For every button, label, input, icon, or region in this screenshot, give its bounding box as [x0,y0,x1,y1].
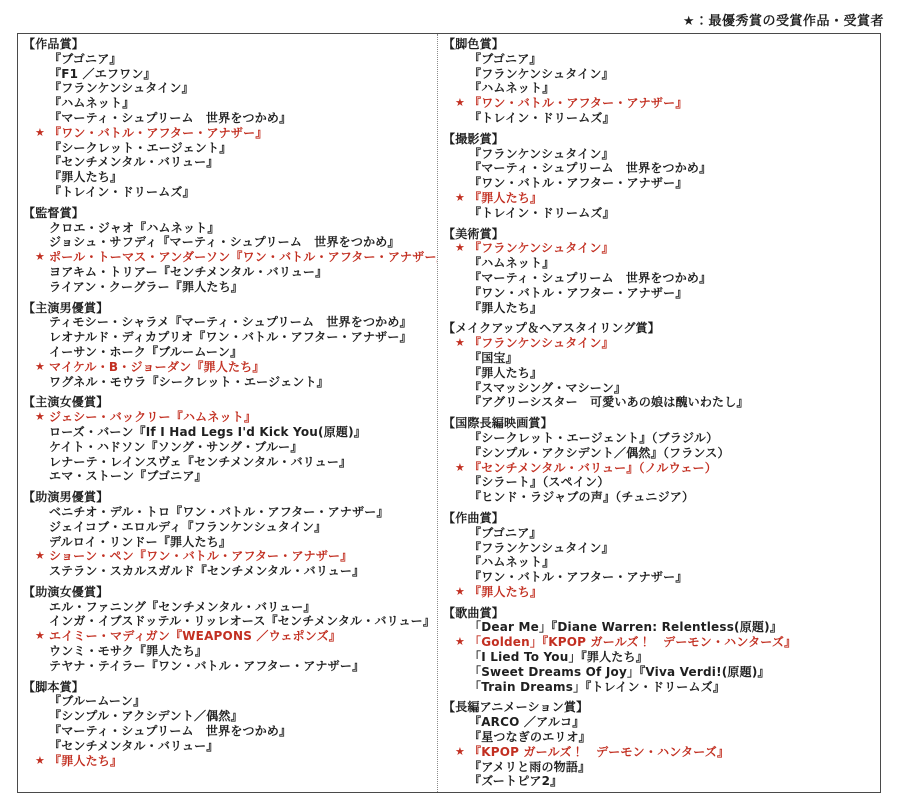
nominee-entry-text: レオナルド・ディカプリオ『ワン・バトル・アフター・アナザー』 [49,330,412,344]
nominee-entry-text: ジェイコブ・エロルディ『フランケンシュタイン』 [49,520,326,534]
nominee-entry-text: 「Train Dreams」『トレイン・ドリームズ』 [469,680,725,694]
nominee-entry: 『罪人たち』 [23,170,437,185]
nominee-entry-text: 『ヒンド・ラジャブの声』（チュニジア） [469,490,694,504]
award-category-title: 【助演女優賞】 [23,585,437,600]
nominee-entry: ベニチオ・デル・トロ『ワン・バトル・アフター・アナザー』 [23,505,437,520]
winner-star-icon: ★ [35,754,45,769]
award-section: 【メイクアップ＆ヘアスタイリング賞】★『フランケンシュタイン』『国宝』『罪人たち… [443,321,880,410]
award-category-title: 【作品賞】 [23,37,437,52]
award-section: 【長編アニメーション賞】『ARCO ／アルコ』『星つなぎのエリオ』★『KPOP … [443,700,880,789]
nominee-entry: 『シークレット・エージェント』（ブラジル） [443,431,880,446]
nominee-entry: テヤナ・テイラー『ワン・バトル・アフター・アナザー』 [23,659,437,674]
nominee-entry-text: 『ブゴニア』 [469,52,542,66]
nominee-entry-text: 『国宝』 [469,351,518,365]
award-category-title: 【作曲賞】 [443,511,880,526]
nominee-entry-text: 『ブルームーン』 [49,694,145,708]
nominee-entry-text: エマ・ストーン『ブゴニア』 [49,469,207,483]
award-section: 【助演女優賞】エル・ファニング『センチメンタル・バリュー』インガ・イブスドッテル… [23,585,437,674]
nominee-entry: 『シンプル・アクシデント／偶然』（フランス） [443,446,880,461]
nominee-entry: 『マーティ・シュプリーム 世界をつかめ』 [23,724,437,739]
nominee-entry-text: ワグネル・モウラ『シークレット・エージェント』 [49,375,329,389]
nominee-entry: 『フランケンシュタイン』 [443,541,880,556]
nominee-entry-text: 『罪人たち』 [469,366,542,380]
nominee-entry: 『センチメンタル・バリュー』 [23,739,437,754]
nominee-entry: 『トレイン・ドリームズ』 [443,206,880,221]
nominee-entry: 『ブゴニア』 [23,52,437,67]
nominee-entry-text: 『アグリーシスター 可愛いあの娘は醜いわたし』 [469,395,749,409]
award-section: 【撮影賞】『フランケンシュタイン』『マーティ・シュプリーム 世界をつかめ』『ワン… [443,132,880,221]
nominee-entry-text: エル・ファニング『センチメンタル・バリュー』 [49,600,316,614]
nominee-entry: 『罪人たち』 [443,366,880,381]
award-section: 【歌曲賞】「Dear Me」『Diane Warren: Relentless(… [443,606,880,695]
nominee-entry-text: ティモシー・シャラメ『マーティ・シュプリーム 世界をつかめ』 [49,315,412,329]
award-section: 【主演男優賞】ティモシー・シャラメ『マーティ・シュプリーム 世界をつかめ』レオナ… [23,301,437,390]
nominee-entry: 『ハムネット』 [443,555,880,570]
nominee-entry: 「I Lied To You」『罪人たち』 [443,650,880,665]
nominee-entry-text: 『マーティ・シュプリーム 世界をつかめ』 [49,724,291,738]
nominee-entry-text: ジェシー・バックリー『ハムネット』 [49,410,256,424]
nominee-entry: 『国宝』 [443,351,880,366]
nominee-entry-text: 『ワン・バトル・アフター・アナザー』 [469,570,688,584]
nominee-entry: ヨアキム・トリアー『センチメンタル・バリュー』 [23,265,437,280]
award-category-title: 【脚色賞】 [443,37,880,52]
nominee-entry: インガ・イブスドッテル・リッレオース『センチメンタル・バリュー』 [23,614,437,629]
award-section: 【脚本賞】『ブルームーン』『シンプル・アクシデント／偶然』『マーティ・シュプリー… [23,680,437,769]
nominee-entry: 『アグリーシスター 可愛いあの娘は醜いわたし』 [443,395,880,410]
nominee-entry-text: 『シラート』（スペイン） [469,475,609,489]
nominee-entry: ケイト・ハドソン『ソング・サング・ブルー』 [23,440,437,455]
nominee-entry: 『ワン・バトル・アフター・アナザー』 [443,570,880,585]
award-section: 【脚色賞】『ブゴニア』『フランケンシュタイン』『ハムネット』★『ワン・バトル・ア… [443,37,880,126]
nominee-entry: 『トレイン・ドリームズ』 [23,185,437,200]
winner-star-icon: ★ [455,635,465,650]
award-category-title: 【国際長編映画賞】 [443,416,880,431]
award-category-title: 【監督賞】 [23,206,437,221]
winner-star-icon: ★ [455,241,465,256]
nominee-entry-text: 『ワン・バトル・アフター・アナザー』 [469,286,688,300]
winner-star-icon: ★ [35,126,45,141]
award-category-title: 【主演女優賞】 [23,395,437,410]
nominee-entry-text: 『ワン・バトル・アフター・アナザー』 [49,126,268,140]
awards-column-left: 【作品賞】『ブゴニア』『F1 ／エフワン』『フランケンシュタイン』『ハムネット』… [18,34,437,792]
nominee-entry: 『罪人たち』 [443,301,880,316]
nominee-entry: 『ハムネット』 [443,256,880,271]
award-category-title: 【メイクアップ＆ヘアスタイリング賞】 [443,321,880,336]
nominee-entry-winner: ★マイケル・B・ジョーダン『罪人たち』 [23,360,437,375]
nominee-entry: エル・ファニング『センチメンタル・バリュー』 [23,600,437,615]
nominee-entry-winner: ★ショーン・ペン『ワン・バトル・アフター・アナザー』 [23,549,437,564]
nominee-entry: ウンミ・モサク『罪人たち』 [23,644,437,659]
nominee-entry-text: 「Golden」『KPOP ガールズ！ デーモン・ハンターズ』 [469,635,796,649]
nominee-entry: 『星つなぎのエリオ』 [443,730,880,745]
nominee-entry: 「Train Dreams」『トレイン・ドリームズ』 [443,680,880,695]
nominee-entry: イーサン・ホーク『ブルームーン』 [23,345,437,360]
awards-page: ★：最優秀賞の受賞作品・受賞者 【作品賞】『ブゴニア』『F1 ／エフワン』『フラ… [0,0,900,809]
nominee-entry-winner: ★『KPOP ガールズ！ デーモン・ハンターズ』 [443,745,880,760]
nominee-entry: 『マーティ・シュプリーム 世界をつかめ』 [443,271,880,286]
nominee-entry-text: ジョシュ・サフディ『マーティ・シュプリーム 世界をつかめ』 [49,235,400,249]
nominee-entry-text: 『フランケンシュタイン』 [469,336,614,350]
nominee-entry-text: ポール・トーマス・アンダーソン『ワン・バトル・アフター・アナザー』 [49,250,437,264]
nominee-entry-text: 『フランケンシュタイン』 [49,81,194,95]
nominee-entry-text: ヨアキム・トリアー『センチメンタル・バリュー』 [49,265,327,279]
award-category-title: 【主演男優賞】 [23,301,437,316]
nominee-entry-text: マイケル・B・ジョーダン『罪人たち』 [49,360,265,374]
nominee-entry-text: ベニチオ・デル・トロ『ワン・バトル・アフター・アナザー』 [49,505,389,519]
nominee-entry: 『センチメンタル・バリュー』 [23,155,437,170]
nominee-entry-text: 「I Lied To You」『罪人たち』 [469,650,648,664]
nominee-entry: ローズ・バーン『If I Had Legs I'd Kick You(原題)』 [23,425,437,440]
award-section: 【助演男優賞】ベニチオ・デル・トロ『ワン・バトル・アフター・アナザー』ジェイコブ… [23,490,437,579]
nominee-entry-text: 『ハムネット』 [469,555,554,569]
award-category-title: 【長編アニメーション賞】 [443,700,880,715]
winner-star-icon: ★ [455,745,465,760]
nominee-entry-text: 『シークレット・エージェント』 [49,141,231,155]
nominee-entry: 『マーティ・シュプリーム 世界をつかめ』 [23,111,437,126]
nominee-entry: 『シンプル・アクシデント／偶然』 [23,709,437,724]
nominee-entry-text: ライアン・クーグラー『罪人たち』 [49,280,243,294]
nominee-entry: 『ブルームーン』 [23,694,437,709]
nominee-entry: 『ズートピア2』 [443,774,880,789]
nominee-entry: レナーテ・レインスヴェ『センチメンタル・バリュー』 [23,455,437,470]
award-category-title: 【助演男優賞】 [23,490,437,505]
nominee-entry-text: 『マーティ・シュプリーム 世界をつかめ』 [49,111,291,125]
nominee-entry-text: 『フランケンシュタイン』 [469,67,614,81]
nominee-entry-text: 『罪人たち』 [469,585,542,599]
nominee-entry-text: デルロイ・リンドー『罪人たち』 [49,535,231,549]
nominee-entry-text: 『ワン・バトル・アフター・アナザー』 [469,96,688,110]
nominee-entry-text: イーサン・ホーク『ブルームーン』 [49,345,242,359]
nominee-entry-text: 『F1 ／エフワン』 [49,67,156,81]
nominee-entry: 『アメリと雨の物語』 [443,760,880,775]
nominee-entry: 「Dear Me」『Diane Warren: Relentless(原題)』 [443,620,880,635]
award-section: 【作品賞】『ブゴニア』『F1 ／エフワン』『フランケンシュタイン』『ハムネット』… [23,37,437,200]
nominee-entry-text: ステラン・スカルスガルド『センチメンタル・バリュー』 [49,564,364,578]
nominee-entry-text: 『スマッシング・マシーン』 [469,381,626,395]
nominee-entry: 『F1 ／エフワン』 [23,67,437,82]
winner-star-icon: ★ [35,549,45,564]
nominee-entry-text: 『センチメンタル・バリュー』 [49,155,218,169]
nominee-entry-text: 『KPOP ガールズ！ デーモン・ハンターズ』 [469,745,729,759]
winner-star-icon: ★ [455,461,465,476]
nominee-entry: クロエ・ジャオ『ハムネット』 [23,221,437,236]
nominee-entry: ライアン・クーグラー『罪人たち』 [23,280,437,295]
winner-star-icon: ★ [35,410,45,425]
nominee-entry: 『ハムネット』 [23,96,437,111]
nominee-entry-text: 『ハムネット』 [49,96,134,110]
nominee-entry-text: 『ブゴニア』 [469,526,542,540]
award-section: 【主演女優賞】★ジェシー・バックリー『ハムネット』ローズ・バーン『If I Ha… [23,395,437,484]
nominee-entry-text: 『罪人たち』 [469,301,542,315]
nominee-entry-winner: ★『フランケンシュタイン』 [443,336,880,351]
nominee-entry-text: 『シンプル・アクシデント／偶然』 [49,709,243,723]
nominee-entry-winner: ★ポール・トーマス・アンダーソン『ワン・バトル・アフター・アナザー』 [23,250,437,265]
nominee-entry-text: 『トレイン・ドリームズ』 [49,185,195,199]
nominee-entry: 『スマッシング・マシーン』 [443,381,880,396]
winner-star-icon: ★ [455,96,465,111]
nominee-entry-text: 『フランケンシュタイン』 [469,241,614,255]
nominee-entry-text: 『マーティ・シュプリーム 世界をつかめ』 [469,271,711,285]
nominee-entry-text: 『星つなぎのエリオ』 [469,730,591,744]
nominee-entry-text: 『ズートピア2』 [469,774,562,788]
nominee-entry-text: 『フランケンシュタイン』 [469,541,614,555]
nominee-entry: 『ヒンド・ラジャブの声』（チュニジア） [443,490,880,505]
winner-star-icon: ★ [35,250,45,265]
nominee-entry: ワグネル・モウラ『シークレット・エージェント』 [23,375,437,390]
nominee-entry-text: クロエ・ジャオ『ハムネット』 [49,221,220,235]
nominee-entry-text: 『ARCO ／アルコ』 [469,715,584,729]
award-category-title: 【美術賞】 [443,227,880,242]
nominee-entry-winner: ★『罪人たち』 [23,754,437,769]
nominee-entry-winner: ★ジェシー・バックリー『ハムネット』 [23,410,437,425]
nominee-entry-text: ケイト・ハドソン『ソング・サング・ブルー』 [49,440,303,454]
nominee-entry: 『シラート』（スペイン） [443,475,880,490]
nominee-entry: ジョシュ・サフディ『マーティ・シュプリーム 世界をつかめ』 [23,235,437,250]
nominee-entry: 『ハムネット』 [443,81,880,96]
award-section: 【作曲賞】『ブゴニア』『フランケンシュタイン』『ハムネット』『ワン・バトル・アフ… [443,511,880,600]
nominee-entry: 『ブゴニア』 [443,526,880,541]
nominee-entry-text: 『トレイン・ドリームズ』 [469,111,615,125]
nominee-entry-text: 「Sweet Dreams Of Joy」『Viva Verdi!(原題)』 [469,665,770,679]
nominee-entry-text: 『ワン・バトル・アフター・アナザー』 [469,176,688,190]
nominee-entry: レオナルド・ディカプリオ『ワン・バトル・アフター・アナザー』 [23,330,437,345]
nominee-entry-text: エイミー・マディガン『WEAPONS ／ウェポンズ』 [49,629,341,643]
nominee-entry: 『トレイン・ドリームズ』 [443,111,880,126]
awards-box: 【作品賞】『ブゴニア』『F1 ／エフワン』『フランケンシュタイン』『ハムネット』… [17,33,881,793]
nominee-entry-text: 『罪人たち』 [49,754,122,768]
nominee-entry-text: レナーテ・レインスヴェ『センチメンタル・バリュー』 [49,455,351,469]
nominee-entry-winner: ★『フランケンシュタイン』 [443,241,880,256]
nominee-entry-winner: ★エイミー・マディガン『WEAPONS ／ウェポンズ』 [23,629,437,644]
nominee-entry: 『ARCO ／アルコ』 [443,715,880,730]
nominee-entry-winner: ★『センチメンタル・バリュー』（ノルウェー） [443,461,880,476]
nominee-entry: デルロイ・リンドー『罪人たち』 [23,535,437,550]
nominee-entry-winner: ★『罪人たち』 [443,585,880,600]
nominee-entry-text: 『マーティ・シュプリーム 世界をつかめ』 [469,161,711,175]
nominee-entry-text: 『ハムネット』 [469,81,554,95]
nominee-entry: ステラン・スカルスガルド『センチメンタル・バリュー』 [23,564,437,579]
nominee-entry: 『フランケンシュタイン』 [443,147,880,162]
award-section: 【監督賞】クロエ・ジャオ『ハムネット』ジョシュ・サフディ『マーティ・シュプリーム… [23,206,437,295]
nominee-entry: 『ワン・バトル・アフター・アナザー』 [443,286,880,301]
nominee-entry-winner: ★『ワン・バトル・アフター・アナザー』 [23,126,437,141]
nominee-entry: 『フランケンシュタイン』 [443,67,880,82]
award-category-title: 【歌曲賞】 [443,606,880,621]
winner-star-icon: ★ [35,360,45,375]
nominee-entry-text: テヤナ・テイラー『ワン・バトル・アフター・アナザー』 [49,659,364,673]
nominee-entry-text: ショーン・ペン『ワン・バトル・アフター・アナザー』 [49,549,352,563]
award-section: 【国際長編映画賞】『シークレット・エージェント』（ブラジル）『シンプル・アクシデ… [443,416,880,505]
nominee-entry-text: 『ブゴニア』 [49,52,122,66]
nominee-entry-text: 『シンプル・アクシデント／偶然』（フランス） [469,446,730,460]
nominee-entry-text: 『フランケンシュタイン』 [469,147,614,161]
winner-star-icon: ★ [455,336,465,351]
nominee-entry: 『ブゴニア』 [443,52,880,67]
nominee-entry: 「Sweet Dreams Of Joy」『Viva Verdi!(原題)』 [443,665,880,680]
awards-column-right: 【脚色賞】『ブゴニア』『フランケンシュタイン』『ハムネット』★『ワン・バトル・ア… [437,34,880,792]
nominee-entry-winner: ★『ワン・バトル・アフター・アナザー』 [443,96,880,111]
nominee-entry: エマ・ストーン『ブゴニア』 [23,469,437,484]
nominee-entry: 『ワン・バトル・アフター・アナザー』 [443,176,880,191]
nominee-entry-text: インガ・イブスドッテル・リッレオース『センチメンタル・バリュー』 [49,614,435,628]
nominee-entry: ジェイコブ・エロルディ『フランケンシュタイン』 [23,520,437,535]
nominee-entry-text: ローズ・バーン『If I Had Legs I'd Kick You(原題)』 [49,425,366,439]
award-section: 【美術賞】★『フランケンシュタイン』『ハムネット』『マーティ・シュプリーム 世界… [443,227,880,316]
nominee-entry: 『フランケンシュタイン』 [23,81,437,96]
nominee-entry-text: 『シークレット・エージェント』（ブラジル） [469,431,718,445]
award-category-title: 【撮影賞】 [443,132,880,147]
nominee-entry-text: 『アメリと雨の物語』 [469,760,590,774]
winner-legend-note: ★：最優秀賞の受賞作品・受賞者 [683,10,884,29]
nominee-entry-text: ウンミ・モサク『罪人たち』 [49,644,207,658]
nominee-entry-text: 『ハムネット』 [469,256,554,270]
nominee-entry: 『シークレット・エージェント』 [23,141,437,156]
award-category-title: 【脚本賞】 [23,680,437,695]
winner-star-icon: ★ [455,585,465,600]
nominee-entry-text: 『罪人たち』 [49,170,122,184]
winner-star-icon: ★ [35,629,45,644]
nominee-entry-text: 『トレイン・ドリームズ』 [469,206,615,220]
nominee-entry-text: 「Dear Me」『Diane Warren: Relentless(原題)』 [469,620,782,634]
nominee-entry-text: 『罪人たち』 [469,191,542,205]
winner-star-icon: ★ [455,191,465,206]
nominee-entry-winner: ★『罪人たち』 [443,191,880,206]
nominee-entry-winner: ★「Golden」『KPOP ガールズ！ デーモン・ハンターズ』 [443,635,880,650]
nominee-entry: 『マーティ・シュプリーム 世界をつかめ』 [443,161,880,176]
nominee-entry-text: 『センチメンタル・バリュー』（ノルウェー） [469,461,717,475]
nominee-entry: ティモシー・シャラメ『マーティ・シュプリーム 世界をつかめ』 [23,315,437,330]
nominee-entry-text: 『センチメンタル・バリュー』 [49,739,218,753]
